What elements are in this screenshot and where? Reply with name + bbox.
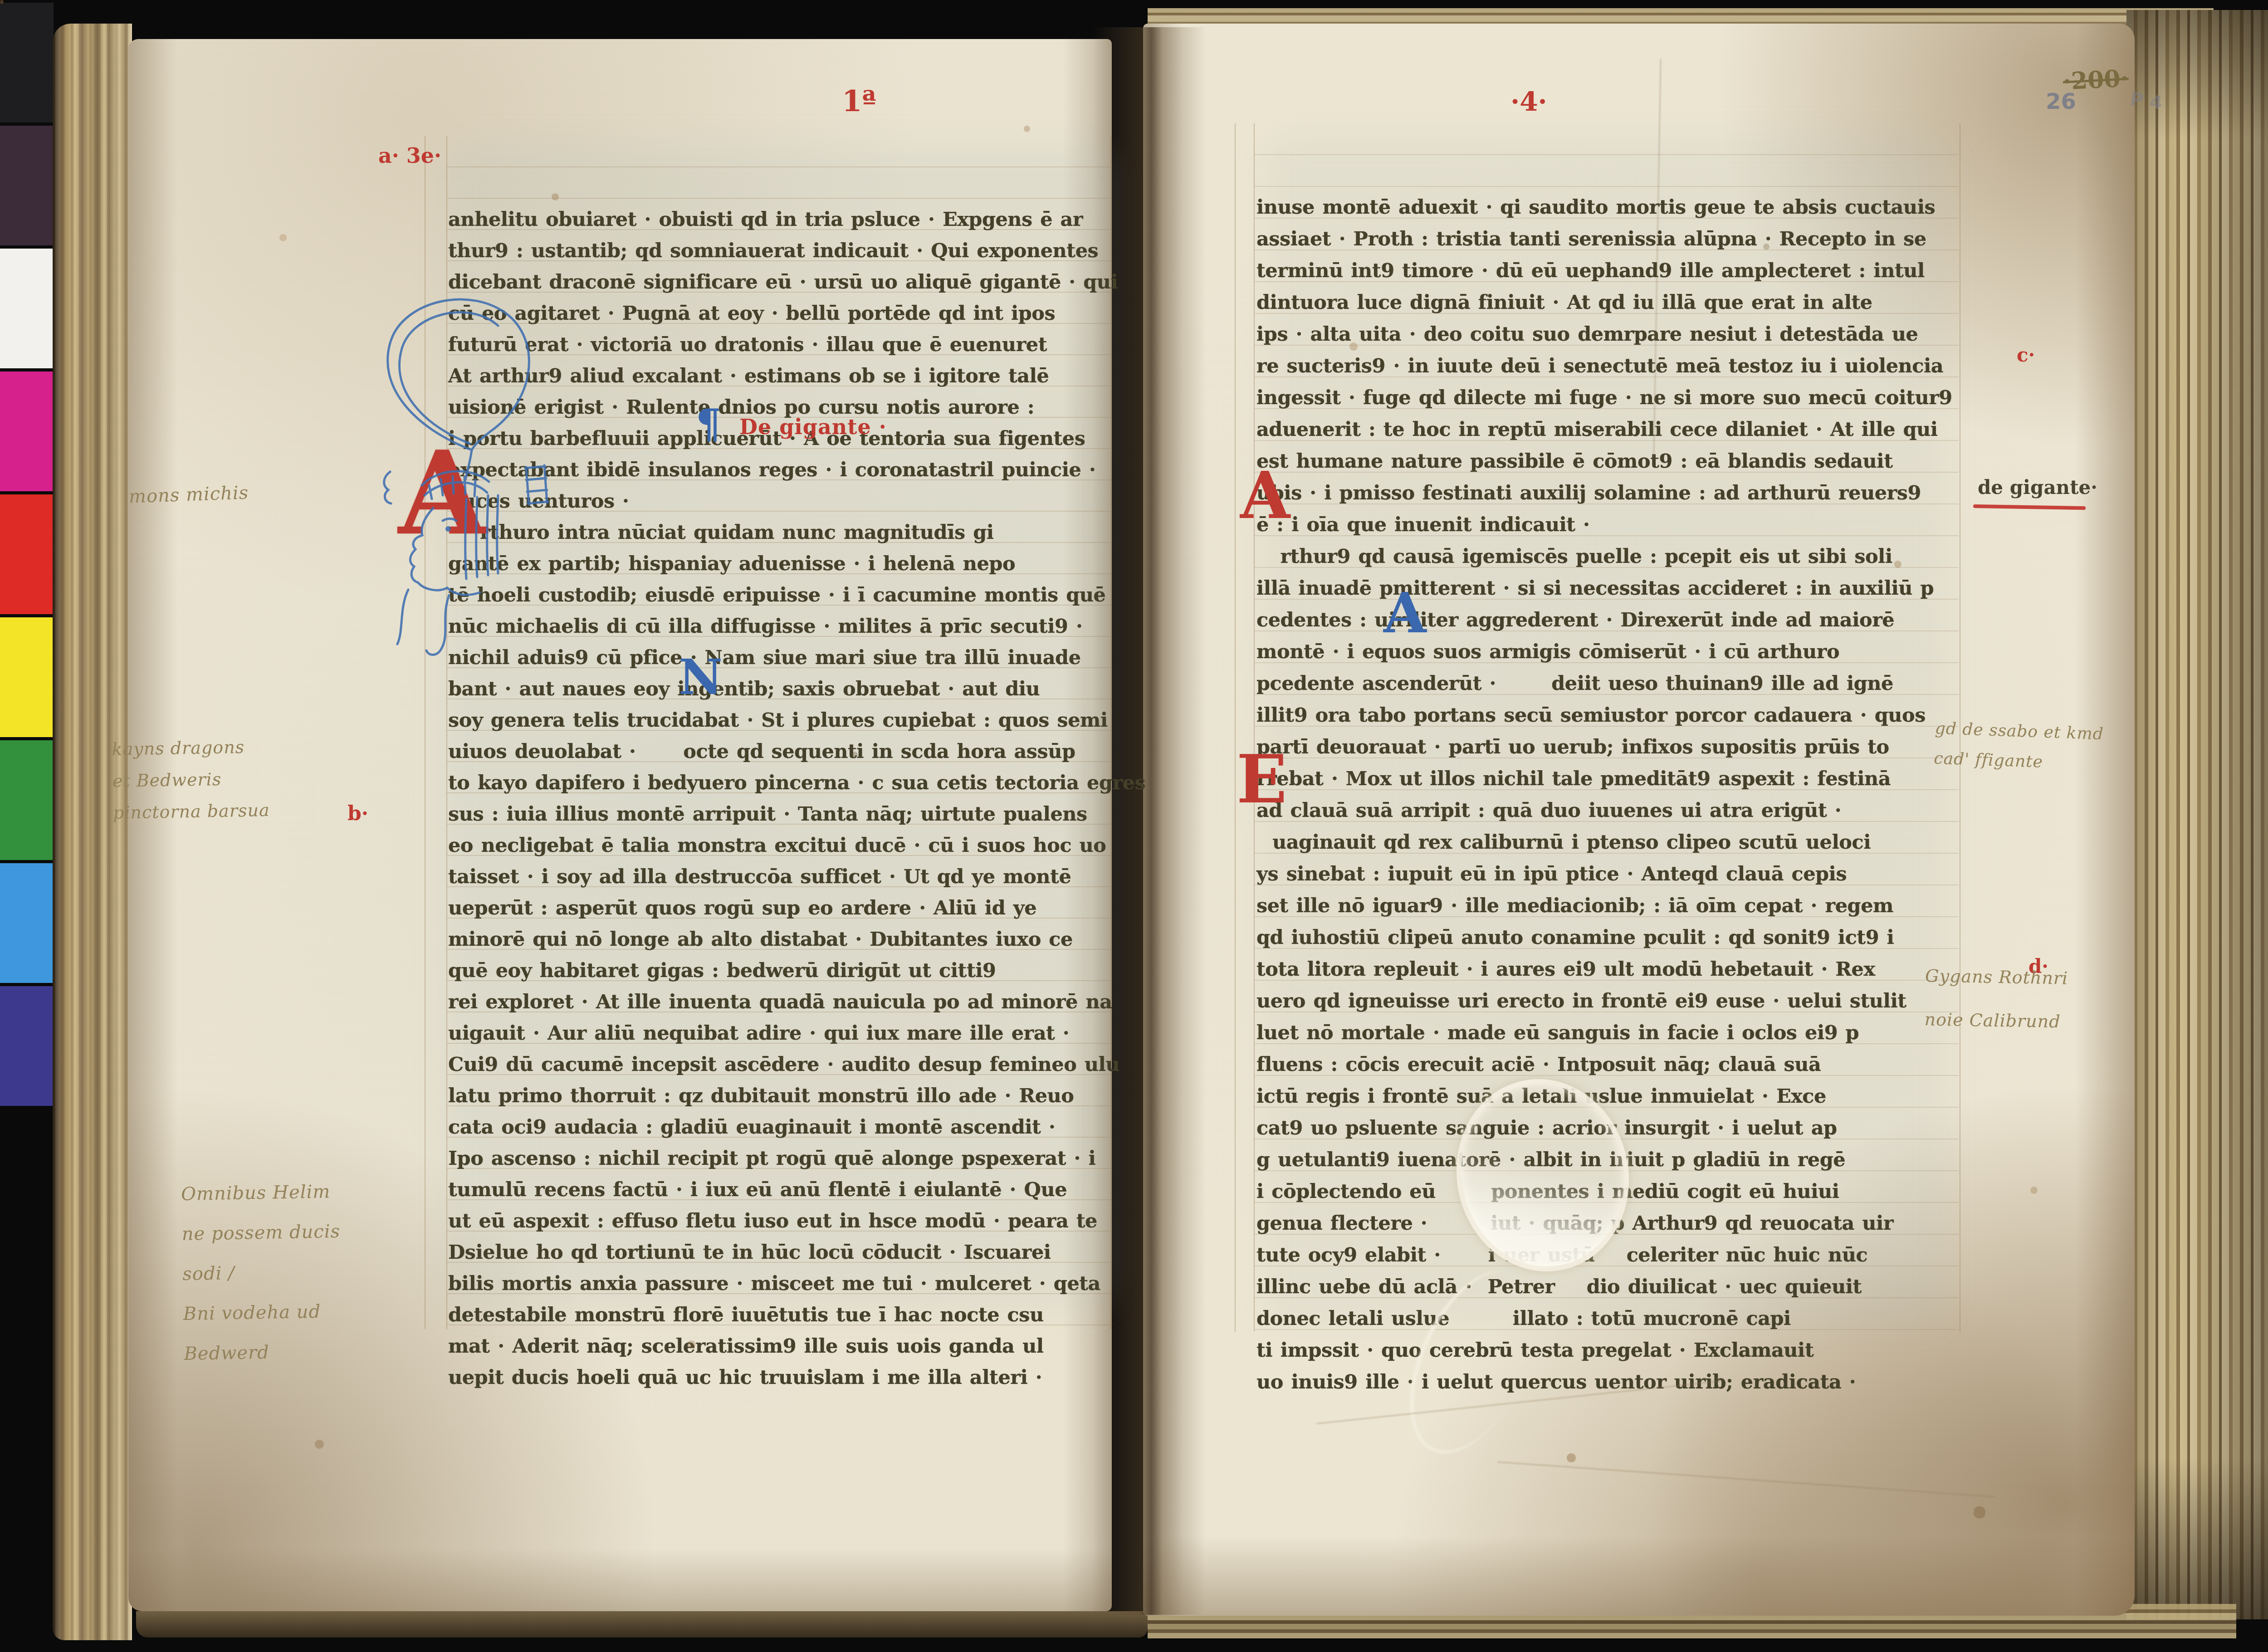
manuscript-text-line: montē · i equos suos armigis cōmiserūt ·… [1256, 636, 1952, 668]
margin-rubric-de-gigante: de gigante· [1978, 476, 2097, 499]
manuscript-text-line: terminū int9 timore · dū eū uephand9 ill… [1256, 255, 1952, 287]
color-calibration-bar [0, 3, 54, 1108]
manuscript-text-line: uaginauit qd rex caliburnū i ptenso clip… [1256, 826, 1952, 858]
right-ruling-vertical-1 [1235, 123, 1236, 1332]
calibration-patch [0, 740, 54, 860]
manuscript-text-line: Cui9 dū cacumē incepsit ascēdere · audit… [448, 1049, 1145, 1080]
gloss-line: Bedwerd [184, 1331, 343, 1374]
calibration-patch [0, 126, 54, 245]
manuscript-text-line: fluens : cōcis erecuit aciē · Intposuit … [1256, 1049, 1952, 1080]
manuscript-text-line: cata oci9 audacia : gladiū euaginauit i … [448, 1112, 1145, 1143]
manuscript-text-line: inuse montē aduexit · qi saudito mortis … [1256, 191, 1952, 223]
manuscript-text-line: minorē qui nō longe ab alto distabat · D… [448, 924, 1145, 955]
manuscript-text-line: illā inuadē pmitterent · si si necessita… [1256, 572, 1952, 604]
gloss-line: ne possem ducis [181, 1212, 341, 1254]
foxing-spots [0, 0, 4, 4]
manuscript-text-line: bilis mortis anxia passure · misceet me … [448, 1268, 1145, 1300]
gloss-line: et Bedweris [112, 762, 269, 797]
manuscript-text-line: illinc uebe dū aclā · Petrer dio diuilic… [1256, 1271, 1952, 1303]
manuscript-text-line: est humane nature passibile ē cōmot9 : e… [1256, 445, 1952, 477]
initial-E-red-right: E [1237, 747, 1287, 813]
chapter-rubric-de-gigante: De gigante · [739, 415, 887, 439]
right-quire-mark: ·4· [1510, 86, 1547, 117]
manuscript-photograph: anhelitu obuiaret · obuisti qd in tria p… [0, 0, 2268, 1652]
manuscript-text-line: detestabile monstrū florē iuuētutis tue … [448, 1300, 1145, 1331]
manuscript-text-line: taisset · i soy ad illa destruccōa suffi… [448, 861, 1145, 893]
manuscript-text-line: dintuora luce dignā finiuit · At qd iu i… [1256, 287, 1952, 318]
manuscript-text-line: eo necligebat ē talia monstra excitui du… [448, 830, 1145, 861]
gloss-line: cad' ffigante [1933, 743, 2103, 779]
manuscript-text-line: uepit ducis hoeli quā uc hic truuislam i… [448, 1362, 1145, 1393]
manuscript-text-line: sus : iuia illius montē arripuit · Tanta… [448, 799, 1145, 830]
manuscript-text-line: ictū regis i frontē suā a letali uslue i… [1256, 1080, 1952, 1112]
manuscript-text-line: ti impssit · quo cerebrū testa pregelat … [1256, 1334, 1952, 1366]
left-page-edge-stack [53, 24, 132, 1640]
manuscript-text-line: mat · Aderit nāq; sceleratissim9 ille su… [448, 1331, 1145, 1362]
gloss-line: pinctorna barsua [112, 794, 270, 829]
manuscript-text-line: rrebat · Mox ut illos nichil tale pmedit… [1256, 763, 1952, 795]
manuscript-text-line: soy genera telis trucidabat · St i plure… [448, 705, 1145, 736]
folio-number-pencil: 26 [2046, 89, 2076, 114]
calibration-patch [0, 494, 54, 614]
manuscript-text-line: qd iuhostiū clipeū anuto conamine pculit… [1256, 922, 1952, 953]
gloss-line: kayns dragons [112, 731, 269, 765]
manuscript-text-line: partī deuorauat · partī uo uerub; infixo… [1256, 731, 1952, 763]
calibration-patch [0, 986, 54, 1106]
left-margin-letter-b: b· [347, 802, 368, 825]
manuscript-text-line: ubis · i pmisso festinati auxilij solami… [1256, 477, 1952, 509]
pen-flourish-face-drawing [336, 272, 562, 671]
manuscript-text-line: tota litora repleuit · i aures ei9 ult m… [1256, 953, 1952, 985]
manuscript-text-line: Dsielue ho qd tortiunū te in hūc locū cō… [448, 1237, 1145, 1268]
bottom-left-page-edge [136, 1611, 1148, 1637]
manuscript-text-line: uiuos deuolabat · octe qd sequenti in sc… [448, 736, 1145, 767]
manuscript-text-line: uero qd igneuisse uri erecto in frontē e… [1256, 985, 1952, 1017]
manuscript-text-line: quē eoy habitaret gigas : bedwerū dirigū… [448, 955, 1145, 987]
manuscript-text-line: uigauit · Aur aliū nequibat adire · qui … [448, 1018, 1145, 1049]
initial-A-blue-right: A [1383, 585, 1427, 640]
calibration-patch [0, 617, 54, 737]
gloss-kay-bedivere: kayns dragonset Bedwerispinctorna barsua [110, 635, 270, 829]
right-margin-letter-c: c· [2017, 344, 2035, 366]
manuscript-text-line: ē : i oīa que inuenit indicauit · [1256, 509, 1952, 541]
manuscript-text-line: luet nō mortale · made eū sanguis in fac… [1256, 1017, 1952, 1049]
gloss-mons-michaelis: mons michis [128, 482, 249, 507]
calibration-patch [0, 863, 54, 983]
gloss-line: Omnibus Helim [181, 1172, 340, 1214]
page-edge-grain [53, 24, 132, 1640]
manuscript-text-line: bant · aut naues eoy ingentib; saxis obr… [448, 674, 1145, 705]
manuscript-text-line: to kayo dapifero i bedyuero pincerna · c… [448, 767, 1145, 799]
manuscript-text-line: tumulū recens factū · i iux eū anū flent… [448, 1174, 1145, 1206]
manuscript-text-line: latu primo thorruit : qz dubitauit monst… [448, 1080, 1145, 1112]
manuscript-text-line: pcedente ascenderūt · deiit ueso thuinan… [1256, 668, 1952, 699]
manuscript-text-line: donec letali uslue illato : totū mucronē… [1256, 1303, 1952, 1334]
gloss-line: Gygans Rothnri [1925, 954, 2069, 1000]
manuscript-text-line: aduenerit : te hoc in reptū miserabili c… [1256, 414, 1952, 445]
gloss-line: noie Calibrund [1924, 997, 2068, 1043]
manuscript-text-line: ingessit · fuge qd dilecte mi fuge · ne … [1256, 382, 1952, 414]
gloss-line: Bni vodeha ud [183, 1291, 342, 1334]
manuscript-text-line: re sucteris9 · in iuute deū i senectutē … [1256, 350, 1952, 382]
initial-N-blue: N [679, 653, 723, 701]
manuscript-text-line: ad clauā suā arripit : quā duo iuuenes u… [1256, 795, 1952, 826]
initial-A-red-right: A [1240, 464, 1290, 528]
pencil-note: P 4 [2129, 88, 2164, 113]
left-chapter-letter: a· 3e· [378, 143, 441, 168]
manuscript-text-line: set ille nō iguar9 · ille mediacionib; :… [1256, 890, 1952, 922]
manuscript-text-line: rei exploret · At ille inuenta quadā nau… [448, 987, 1145, 1018]
gloss-right-1: gd de ssabo et kmdcad' ffigante [1933, 624, 2107, 780]
manuscript-text-line: rthur9 qd causā igemiscēs puelle : pcepi… [1256, 541, 1952, 572]
left-quire-mark: 1ª [842, 84, 876, 118]
manuscript-text-line: ys sinebat : iupuit eū in ipū ptice · An… [1256, 858, 1952, 890]
manuscript-text-line: ut eū aspexit : effuso fletu iuso eut in… [448, 1206, 1145, 1237]
manuscript-text-line: anhelitu obuiaret · obuisti qd in tria p… [448, 204, 1145, 235]
right-page-edge-stack [2126, 10, 2268, 1619]
calibration-patch [0, 249, 54, 368]
gloss-right-2: Gygans Rothnrinoie Calibrund [1924, 823, 2071, 1043]
pilcrow-mark: ¶ [696, 404, 721, 444]
gloss-line: sodi / [182, 1251, 342, 1294]
manuscript-text-line: illit9 ora tabo portans secū semiustor p… [1256, 699, 1952, 731]
manuscript-text-line: thur9 : ustantib; qd somniauerat indicau… [448, 235, 1145, 267]
manuscript-text-line: Ipo ascenso : nichil recipit pt rogū quē… [448, 1143, 1145, 1174]
manuscript-text-line: ueperūt : asperūt quos rogū sup eo arder… [448, 893, 1145, 924]
manuscript-text-line: ips · alta uita · deo coitu suo demrpare… [1256, 318, 1952, 350]
manuscript-text-line: assiaet · Proth : tristia tanti sereniss… [1256, 223, 1952, 255]
manuscript-text-line: cedentes : uiriliter aggrederent · Direx… [1256, 604, 1952, 636]
right-ruling-vertical-2 [1254, 123, 1255, 1332]
gloss-lower-left: Omnibus Helimne possem ducissodi /Bni vo… [179, 1052, 343, 1374]
page-edge-shade [2126, 10, 2268, 1619]
calibration-patch [0, 3, 54, 122]
calibration-patch [0, 371, 54, 491]
